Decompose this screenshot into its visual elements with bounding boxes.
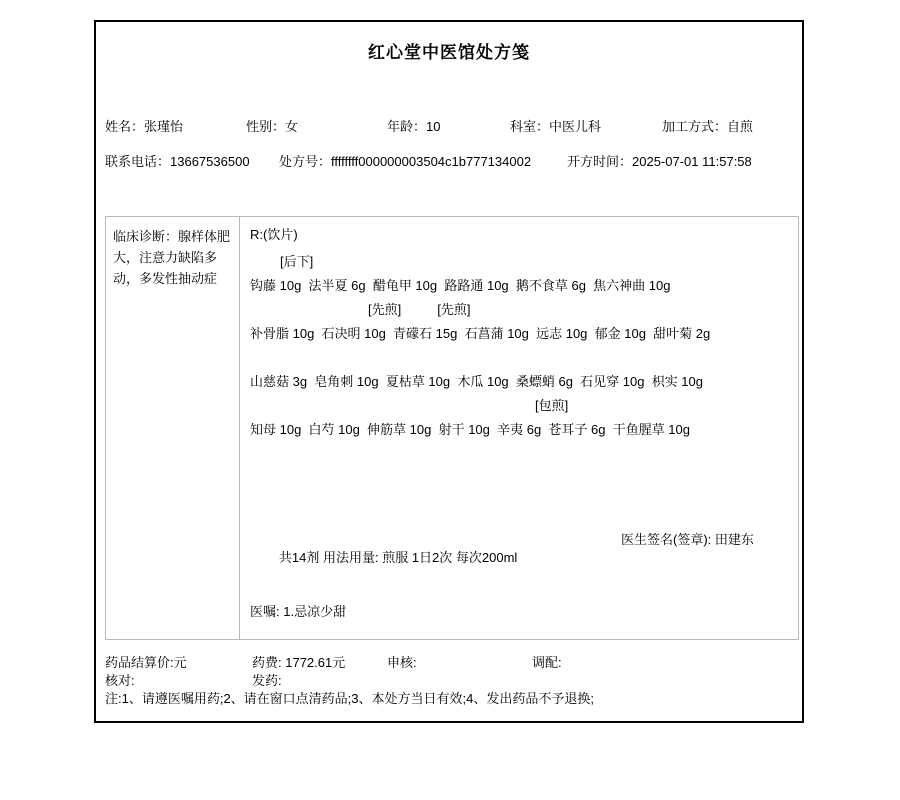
processing-method-label: 加工方式： xyxy=(662,119,727,134)
settle-price-label: 药品结算价:元 xyxy=(105,652,187,671)
dispense-label: 发药: xyxy=(252,670,282,689)
doctor-signature: 医生签名(签章): 田建东 xyxy=(621,531,754,549)
decoction-tag-xianjian-1: [先煎] xyxy=(368,298,401,322)
processing-method-field: 加工方式：自煎 xyxy=(662,116,753,135)
rx-tag-row-xianjian: [先煎][先煎] xyxy=(250,298,788,322)
patient-name-field: 姓名：张瑾怡 xyxy=(105,116,183,135)
page-title: 红心堂中医馆处方笺 xyxy=(96,38,802,63)
prescription-no-value: ffffffff000000003504c1b777134002 xyxy=(331,154,531,169)
department-label: 科室： xyxy=(510,119,549,134)
phone-field: 联系电话：13667536500 xyxy=(105,151,250,170)
patient-gender-value: 女 xyxy=(285,119,298,134)
issue-time-value: 2025-07-01 11:57:58 xyxy=(632,154,752,169)
dosage-usage-text: 共14剂 用法用量: 煎服 1日2次 每次200ml xyxy=(279,550,517,565)
issue-time-field: 开方时间：2025-07-01 11:57:58 xyxy=(567,151,752,170)
fee-label: 药费: xyxy=(252,655,285,670)
decoction-tag-xianjian-2: [先煎] xyxy=(437,298,470,322)
phone-label: 联系电话： xyxy=(105,154,170,169)
fee-field: 药费: 1772.61元 xyxy=(252,652,345,671)
prescription-box: 临床诊断：腺样体肥大，注意力缺陷多动，多发性抽动症 R:(饮片) [后下] 钩藤… xyxy=(105,216,799,640)
patient-age-value: 10 xyxy=(426,119,440,134)
patient-age-label: 年龄： xyxy=(387,119,426,134)
clinical-diagnosis: 临床诊断：腺样体肥大，注意力缺陷多动，多发性抽动症 xyxy=(106,217,240,639)
patient-name-value: 张瑾怡 xyxy=(144,119,183,134)
issue-time-label: 开方时间： xyxy=(567,154,632,169)
rx-blank-line xyxy=(250,346,788,370)
patient-age-field: 年龄：10 xyxy=(387,116,440,135)
rx-drug-line-2: 补骨脂 10g 石决明 10g 青礞石 15g 石菖蒲 10g 远志 10g 郁… xyxy=(250,322,788,346)
fee-value: 1772.61元 xyxy=(285,655,345,670)
compound-label: 调配: xyxy=(532,652,562,671)
patient-name-label: 姓名： xyxy=(105,119,144,134)
doctor-advice: 医嘱: 1.忌凉少甜 xyxy=(250,603,788,621)
prescription-no-field: 处方号：ffffffff000000003504c1b777134002 xyxy=(279,151,531,170)
prescription-no-label: 处方号： xyxy=(279,154,331,169)
rx-header: R:(饮片) xyxy=(250,226,788,250)
prescription-page: { "title": "红心堂中医馆处方笺", "info_row1": [ {… xyxy=(0,0,900,800)
phone-value: 13667536500 xyxy=(170,154,250,169)
prescription-sheet: 红心堂中医馆处方笺 姓名：张瑾怡 性别：女 年龄：10 科室：中医儿科 加工方式… xyxy=(94,20,804,723)
review-label: 申核: xyxy=(387,652,417,671)
processing-method-value: 自煎 xyxy=(727,119,753,134)
rx-drug-line-3: 山慈菇 3g 皂角刺 10g 夏枯草 10g 木瓜 10g 桑螵蛸 6g 石见穿… xyxy=(250,370,788,394)
rx-drug-line-1: 钩藤 10g 法半夏 6g 醋龟甲 10g 路路通 10g 鹅不食草 6g 焦六… xyxy=(250,274,788,298)
footer-note: 注:1、请遵医嘱用药;2、请在窗口点清药品;3、本处方当日有效;4、发出药品不予… xyxy=(105,688,594,707)
rx-tag-row-baojian: [包煎] xyxy=(250,394,788,418)
patient-gender-field: 性别：女 xyxy=(246,116,298,135)
check-label: 核对: xyxy=(105,670,135,689)
decoction-tag-houxia: [后下] xyxy=(280,250,313,274)
department-field: 科室：中医儿科 xyxy=(510,116,601,135)
department-value: 中医儿科 xyxy=(549,119,601,134)
rx-tag-row-houxia: [后下] xyxy=(250,250,788,274)
patient-gender-label: 性别： xyxy=(246,119,285,134)
decoction-tag-baojian: [包煎] xyxy=(535,394,568,418)
rx-footer: 共14剂 用法用量: 煎服 1日2次 每次200ml 医生签名(签章): 田建东… xyxy=(250,531,788,621)
rx-drug-line-4: 知母 10g 白芍 10g 伸筋草 10g 射干 10g 辛夷 6g 苍耳子 6… xyxy=(250,418,788,442)
dosage-row: 共14剂 用法用量: 煎服 1日2次 每次200ml 医生签名(签章): 田建东 xyxy=(250,531,788,603)
diagnosis-label: 临床诊断： xyxy=(113,229,178,244)
